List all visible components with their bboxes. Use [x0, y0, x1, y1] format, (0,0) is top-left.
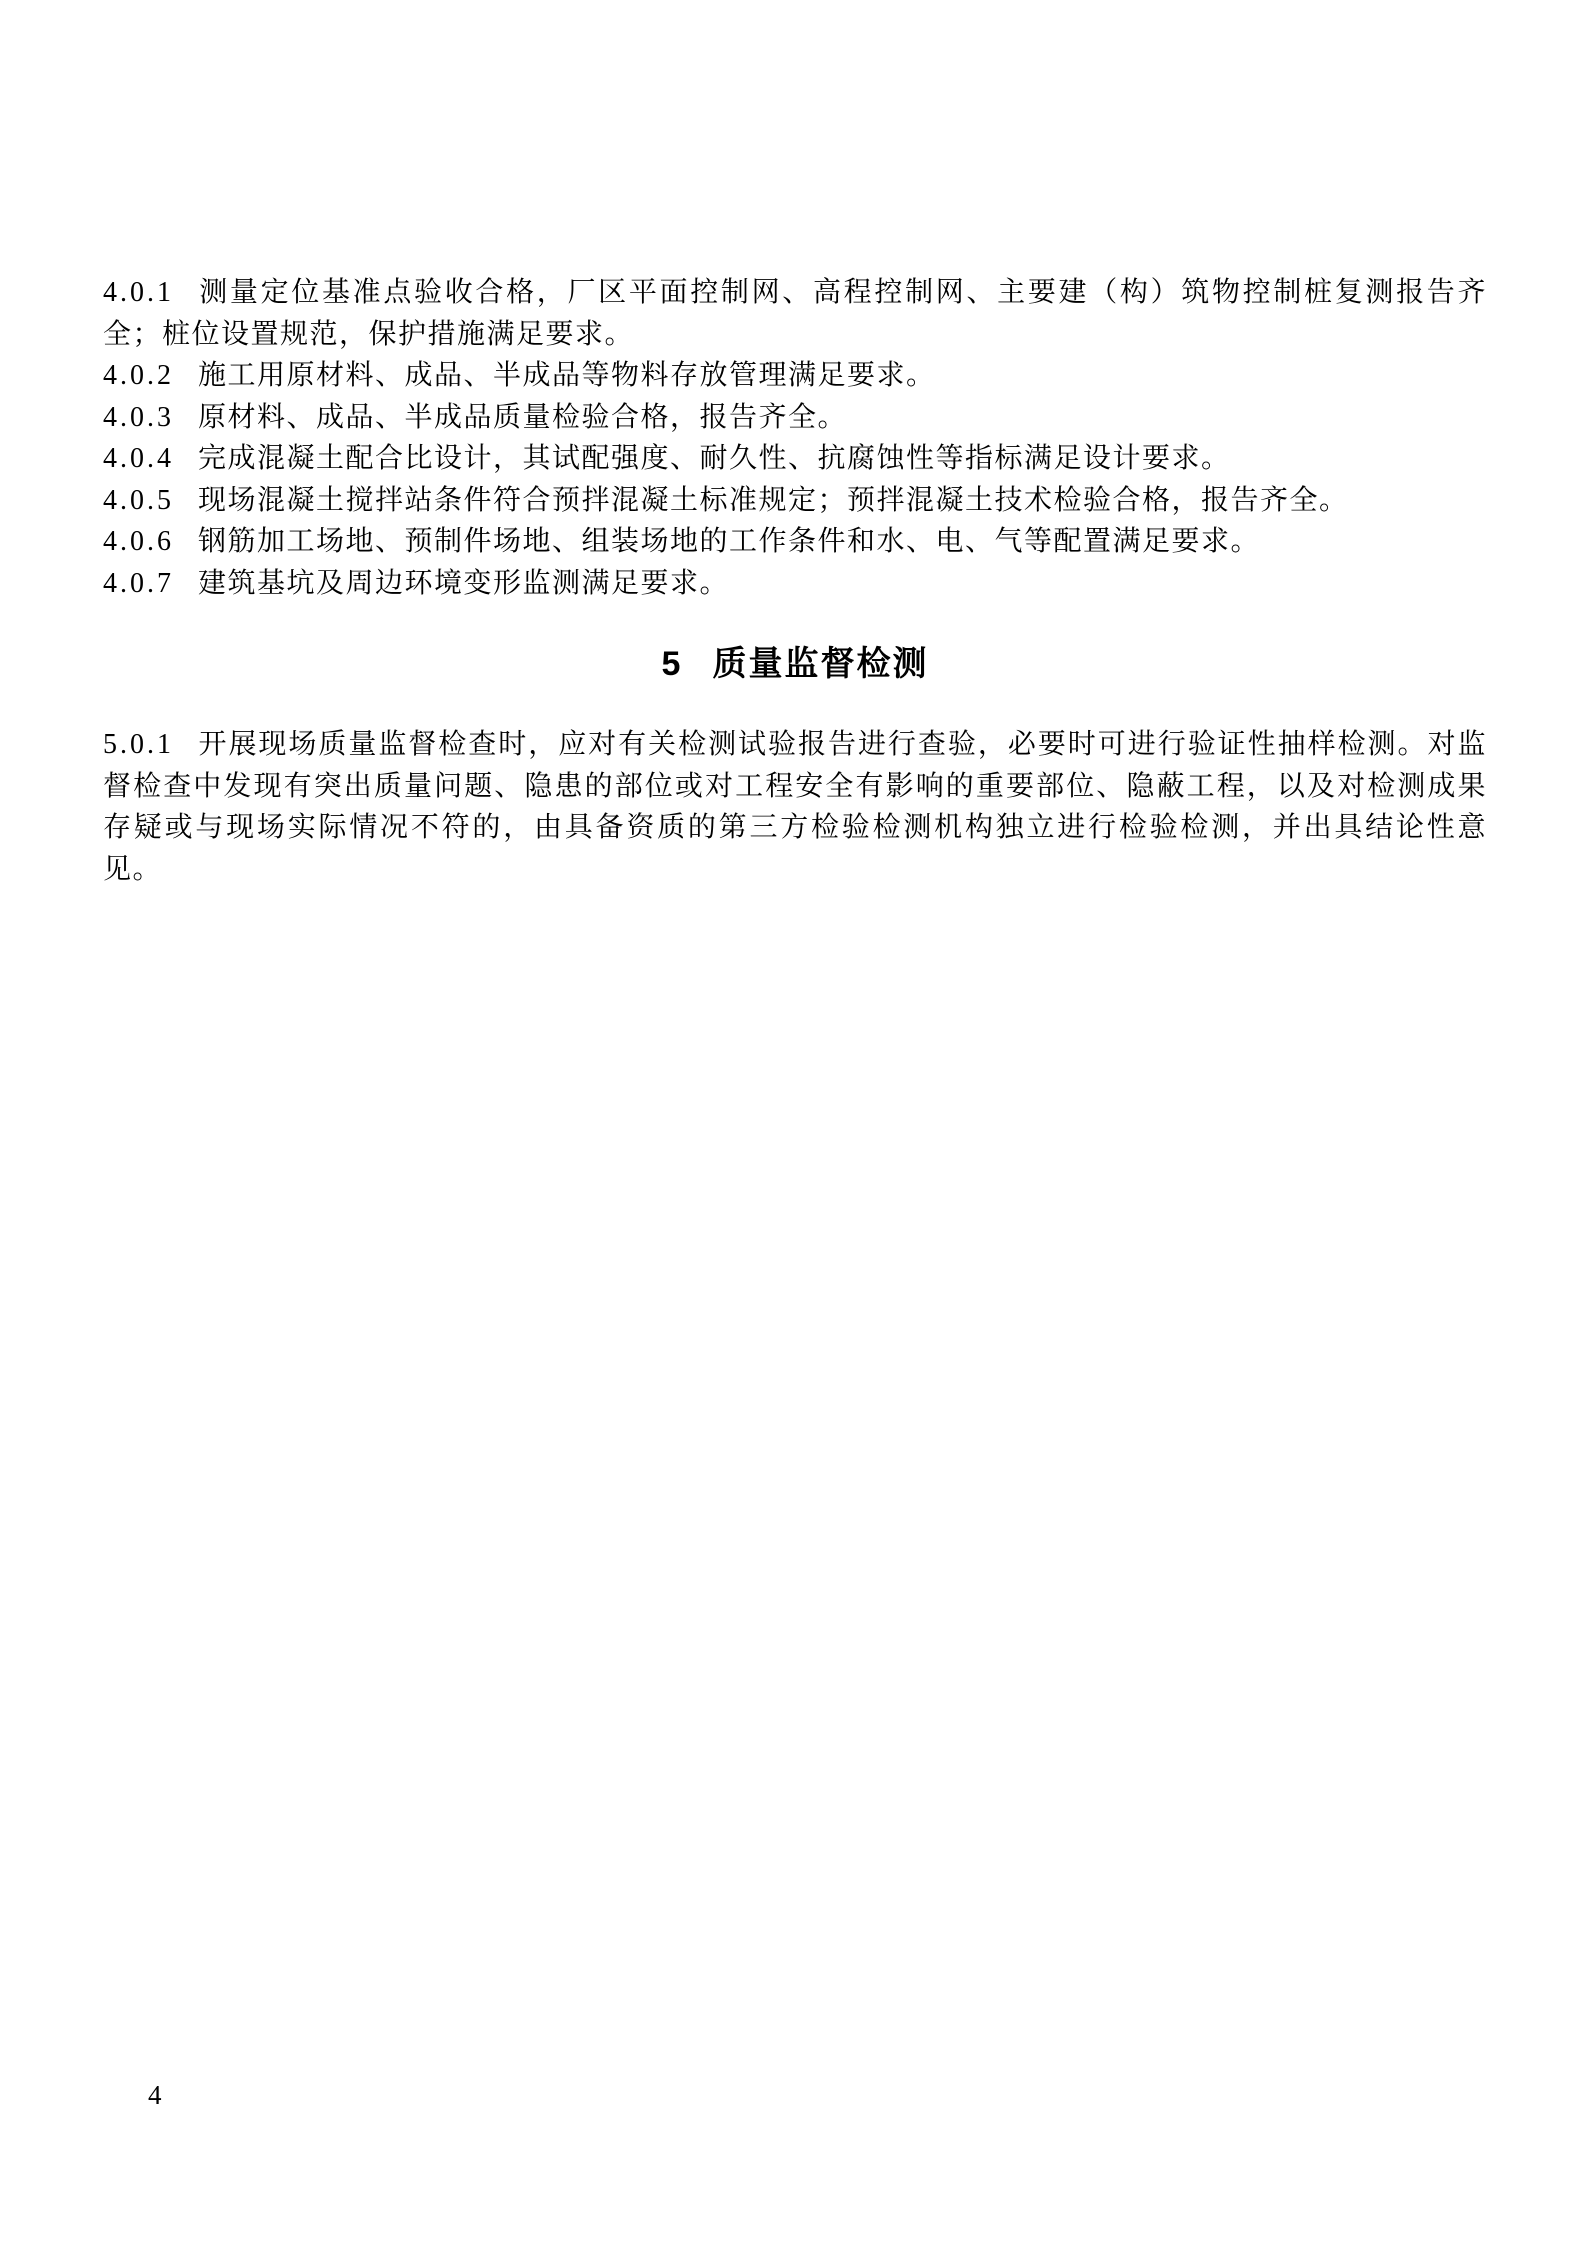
clause-text: 测量定位基准点验收合格，厂区平面控制网、高程控制网、主要建（构）筑物控制桩复测报… — [103, 277, 1487, 350]
section-heading-title: 质量监督检测 — [712, 645, 928, 683]
clause-4-0-2: 4.0.2施工用原材料、成品、半成品等物料存放管理满足要求。 — [103, 355, 1487, 397]
clause-number: 5.0.1 — [103, 729, 174, 760]
document-page: 4.0.1测量定位基准点验收合格，厂区平面控制网、高程控制网、主要建（构）筑物控… — [0, 0, 1587, 2245]
clause-number: 4.0.5 — [103, 485, 174, 516]
clause-number: 4.0.1 — [103, 277, 174, 308]
clause-text: 完成混凝土配合比设计，其试配强度、耐久性、抗腐蚀性等指标满足设计要求。 — [198, 443, 1231, 474]
clause-4-0-3: 4.0.3原材料、成品、半成品质量检验合格，报告齐全。 — [103, 397, 1487, 439]
clause-4-0-4: 4.0.4完成混凝土配合比设计，其试配强度、耐久性、抗腐蚀性等指标满足设计要求。 — [103, 438, 1487, 480]
clause-4-0-7: 4.0.7建筑基坑及周边环境变形监测满足要求。 — [103, 563, 1487, 605]
page-content: 4.0.1测量定位基准点验收合格，厂区平面控制网、高程控制网、主要建（构）筑物控… — [103, 272, 1487, 890]
clause-number: 4.0.6 — [103, 526, 174, 557]
clause-number: 4.0.3 — [103, 402, 174, 433]
page-number: 4 — [148, 2078, 162, 2112]
section-5-heading: 5质量监督检测 — [103, 642, 1487, 686]
clause-4-0-5: 4.0.5现场混凝土搅拌站条件符合预拌混凝土标准规定；预拌混凝土技术检验合格，报… — [103, 480, 1487, 522]
clause-5-0-1: 5.0.1开展现场质量监督检查时，应对有关检测试验报告进行查验，必要时可进行验证… — [103, 724, 1487, 890]
clause-text: 原材料、成品、半成品质量检验合格，报告齐全。 — [198, 402, 847, 433]
clause-text: 建筑基坑及周边环境变形监测满足要求。 — [198, 568, 729, 599]
clause-number: 4.0.2 — [103, 360, 174, 391]
clause-text: 施工用原材料、成品、半成品等物料存放管理满足要求。 — [198, 360, 936, 391]
clause-4-0-6: 4.0.6钢筋加工场地、预制件场地、组装场地的工作条件和水、电、气等配置满足要求… — [103, 521, 1487, 563]
section-heading-number: 5 — [662, 645, 683, 683]
clause-4-0-1: 4.0.1测量定位基准点验收合格，厂区平面控制网、高程控制网、主要建（构）筑物控… — [103, 272, 1487, 355]
clause-number: 4.0.4 — [103, 443, 174, 474]
clause-text: 现场混凝土搅拌站条件符合预拌混凝土标准规定；预拌混凝土技术检验合格，报告齐全。 — [198, 485, 1349, 516]
clause-text: 开展现场质量监督检查时，应对有关检测试验报告进行查验，必要时可进行验证性抽样检测… — [103, 729, 1487, 885]
clause-number: 4.0.7 — [103, 568, 174, 599]
clause-text: 钢筋加工场地、预制件场地、组装场地的工作条件和水、电、气等配置满足要求。 — [198, 526, 1260, 557]
